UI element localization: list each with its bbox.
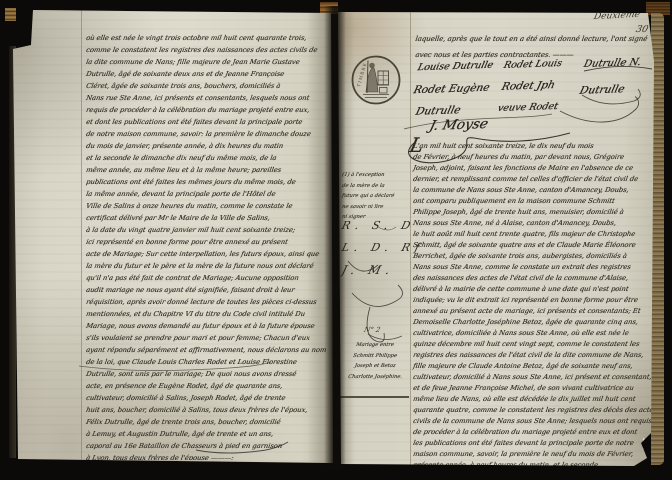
manuscript-line: le huit août mil huit cent trente quatre… xyxy=(412,229,654,240)
margin-note-line: (1) à l'exception xyxy=(341,170,409,181)
manuscript-line: à la date du vingt quatre janvier mil hu… xyxy=(85,224,335,236)
book-page-edges-top-left xyxy=(5,8,16,21)
manuscript-line: mentionnées, et du Chapitre VI du titre … xyxy=(85,308,335,320)
manuscript-line: même année, au même lieu et à la même he… xyxy=(85,164,335,176)
left-page-text: où elle est née le vingt trois octobre m… xyxy=(85,32,335,460)
manuscript-line: Cléret, âgée de soixante trois ans, bouc… xyxy=(85,80,335,92)
signature-paraph-stroke xyxy=(560,97,639,122)
manuscript-line: des naissances des actes de l'état civil… xyxy=(412,273,654,284)
margin-note-underline xyxy=(339,396,409,398)
manuscript-line: cultivateur, domicilié à Salins, Joseph … xyxy=(85,392,335,404)
manuscript-line: Philippe Joseph, âgé de trente huit ans,… xyxy=(412,207,654,218)
manuscript-line: laquelle, après que le tout en a été ain… xyxy=(414,31,652,47)
manuscript-line: la mère du futur et le père et la mère d… xyxy=(85,260,335,272)
signature: Rodet Eugène xyxy=(412,82,491,97)
manuscript-line: même lieu de Nans, où elle est décédée l… xyxy=(412,394,654,405)
manuscript-line: les publications ont été faites devant l… xyxy=(412,438,654,449)
manuscript-line: huit ans, boucher, domicilié à Salins, t… xyxy=(85,404,335,416)
manuscript-line: de Février, à neuf heures du matin, par … xyxy=(412,152,654,163)
manuscript-line: où elle est née le vingt trois octobre m… xyxy=(85,32,335,44)
manuscript-line: réquisition, après avoir donné lecture d… xyxy=(85,296,335,308)
manuscript-line: quinze décembre mil huit cent vingt sept… xyxy=(412,339,654,350)
margin-note-line: ne savoir ni lire xyxy=(341,202,409,213)
manuscript-line: de notre maison commune, savoir: la prem… xyxy=(85,128,335,140)
margin-record-number: N° 2 xyxy=(363,326,381,334)
manuscript-line: et la seconde le dimanche dix neuf du mê… xyxy=(85,152,335,164)
record-number-paraph-stroke xyxy=(368,334,402,340)
manuscript-line: présente année, à neuf heures du matin, … xyxy=(412,460,654,471)
margin-note-exception: (1) à l'exceptionde la mère de lafuture … xyxy=(341,170,409,223)
right-page-text: L'an mil huit cent soixante treize, le d… xyxy=(412,141,654,473)
manuscript-line: Mariage, nous avons demandé au futur épo… xyxy=(85,320,335,332)
manuscript-line: requis de procéder à la célébration du m… xyxy=(85,104,335,116)
manuscript-line: comme le constatent les registres des na… xyxy=(85,44,335,56)
right-page-margin-rule xyxy=(410,9,411,467)
margin-initials: R. S. D xyxy=(340,219,409,232)
manuscript-line: indiquée; vu le dit extrait ici représen… xyxy=(412,295,654,306)
manuscript-line: du mois de janvier, présente année, à di… xyxy=(85,140,335,152)
manuscript-line: de procéder à la célébration du mariage … xyxy=(412,427,654,438)
manuscript-line: ont comparu publiquement en la maison co… xyxy=(412,196,654,207)
manuscript-line: civils de la commune de Nans sous Ste An… xyxy=(412,416,654,427)
margin-initials: L. D. Rf xyxy=(340,241,409,254)
manuscript-line: la même année, devant la principale port… xyxy=(85,188,335,200)
manuscript-line: ayant répondu séparément et affirmativem… xyxy=(85,344,335,356)
manuscript-line: la commune de Nans sous Ste Anne, canton… xyxy=(412,185,654,196)
manuscript-line: acte de Mariage; Sur cette interpellatio… xyxy=(85,248,335,260)
margin-note-line: future qui a déclaré xyxy=(341,191,409,202)
margin-note-line: de la mère de la xyxy=(341,181,409,192)
manuscript-line: maison commune, savoir, la première le n… xyxy=(412,449,654,460)
margin-note-record: Mariage entreSchmitt PhilippeJoseph et B… xyxy=(339,340,409,382)
left-page-margin-rule xyxy=(81,10,82,463)
signature: veuve Rodet xyxy=(496,101,559,114)
manuscript-line: Félix Dutrulle, âgé de trente trois ans,… xyxy=(85,416,335,428)
right-page: Deuxième 30 laquelle, après que le tout … xyxy=(338,9,656,467)
manuscript-line: caporal au 16e Bataillon de Chasseurs à … xyxy=(85,440,335,452)
manuscript-line: s'ils voulaient se prendre pour mari et … xyxy=(85,332,335,344)
margin-paraph-stroke xyxy=(352,285,403,306)
signature: Rodet Louis xyxy=(502,58,563,71)
signature: Rodet Jph xyxy=(500,79,556,93)
manuscript-line: Nans sous Ste Anne, né à Alaise, canton … xyxy=(412,218,654,229)
manuscript-line: Dutrulle, âgé de soixante deux ans et de… xyxy=(85,68,335,80)
manuscript-line: Joseph, adjoint, faisant les fonctions d… xyxy=(412,163,654,174)
manuscript-line: Nans rue Ste Anne, ici présents et conse… xyxy=(85,92,335,104)
manuscript-line: audit mariage ne nous ayant été signifié… xyxy=(85,284,335,296)
manuscript-line: à Lemuy, et Augustin Dutrulle, âgé de tr… xyxy=(85,428,335,440)
manuscript-line: registres des naissances de l'état civil… xyxy=(412,350,654,361)
manuscript-line: ici représenté en bonne forme pour être … xyxy=(85,236,335,248)
manuscript-line: cultivateur, domicilié à Nans sous Ste A… xyxy=(412,372,654,383)
scanned-register-photo: { "colors": { "background": "#0b0a08", "… xyxy=(0,0,672,480)
signature: Dutrulle xyxy=(578,83,626,97)
series-label: Deuxième xyxy=(593,10,641,22)
left-page: où elle est née le vingt trois octobre m… xyxy=(13,10,333,463)
margin-note-line: Charlotte Joséphine. xyxy=(339,372,409,383)
manuscript-line: Demoiselle Charlotte Joséphine Betoz, âg… xyxy=(412,317,654,328)
manuscript-line: la dite commune de Nans; fille majeure d… xyxy=(85,56,335,68)
round-timbre-stamp-icon: TIMBRE xyxy=(348,51,404,109)
manuscript-line: Ville de Salins à onze heures du matin, … xyxy=(85,200,335,212)
manuscript-line: Dutrulle, sont unis par le mariage; De q… xyxy=(85,368,335,380)
signature: Dutrulle xyxy=(414,104,462,118)
margin-paraph-stroke xyxy=(367,307,384,342)
manuscript-line: acte, en présence de Eugène Rodet, âgé d… xyxy=(85,380,335,392)
manuscript-line: Schmitt, âgé de soixante quatre ans et d… xyxy=(412,240,654,251)
manuscript-line: publications ont été faites les mêmes jo… xyxy=(85,176,335,188)
manuscript-line: qu'il n'a pas été fait de contrat de Mar… xyxy=(85,272,335,284)
manuscript-line: fille majeure de Claude Antoine Betoz, â… xyxy=(412,361,654,372)
margin-note-line: Schmitt Philippe xyxy=(339,351,409,362)
manuscript-line: dernier, et remplissant comme tel celles… xyxy=(412,174,654,185)
manuscript-line: et de feue Jeanne Françoise Michel, de s… xyxy=(412,383,654,394)
manuscript-line: Nans sous Ste Anne, comme le constate un… xyxy=(412,262,654,273)
manuscript-line: cultivatrice, domiciliée à Nans sous Ste… xyxy=(412,328,654,339)
stamp-figure-head xyxy=(369,63,375,69)
officiant-signature: J. Moyse xyxy=(428,116,490,134)
manuscript-line: délivré à la mairie de cette commune à u… xyxy=(412,284,654,295)
manuscript-line: L'an mil huit cent soixante treize, le d… xyxy=(412,141,654,152)
manuscript-line: quarante quatre, comme le constatent les… xyxy=(412,405,654,416)
margin-note-line: Mariage entre xyxy=(339,340,409,351)
manuscript-line: à Lyon, tous deux frères de l'épouse ———… xyxy=(85,452,335,460)
manuscript-line: Berrichet, âgée de soixante trois ans, a… xyxy=(412,251,654,262)
manuscript-line: de la loi, que Claude Louis Charles Rode… xyxy=(85,356,335,368)
margin-initials: J. M. xyxy=(340,263,409,277)
manuscript-line: certificat délivré par Mr le Maire de la… xyxy=(85,212,335,224)
margin-note-line: Joseph et Betoz xyxy=(339,361,409,372)
binding-top-edge xyxy=(320,2,338,14)
signature: Louise Dutrulle xyxy=(416,60,494,74)
signature: Dutrulle N. xyxy=(582,57,642,70)
manuscript-line: annexé au présent acte de mariage, ici p… xyxy=(412,306,654,317)
manuscript-line: et dont les publications ont été faites … xyxy=(85,116,335,128)
